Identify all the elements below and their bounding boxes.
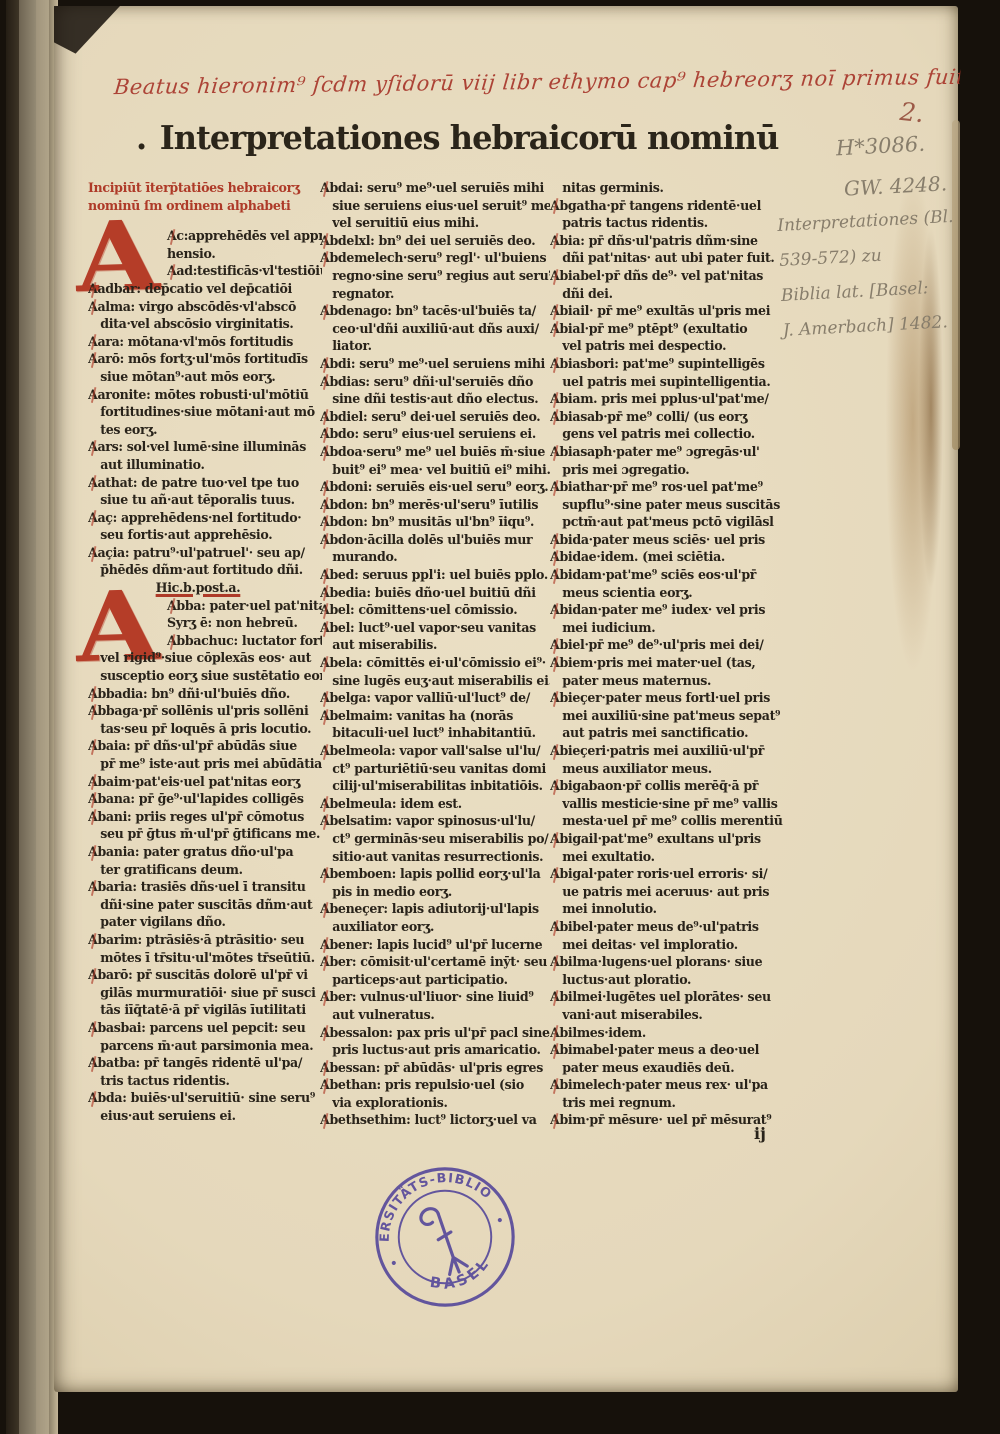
rubricated-capital: A <box>320 708 329 726</box>
text-line: sitio·aut vanitas resurrectionis. <box>320 849 536 867</box>
text-line: Abemboen: lapis pollid eorʒ·ul'la <box>320 866 536 884</box>
text-line: vel patris mei despectio. <box>550 338 772 356</box>
rubricated-capital: A <box>320 479 329 497</box>
text-line: pr̄ me⁹ iste·aut pris mei abūdātia <box>88 756 308 774</box>
text-line: Aber: cōmisit·ul'certamē inȳt· seu <box>320 954 536 972</box>
text-line: Abdoni: seruiēs eis·uel seru⁹ eorʒ. <box>320 479 536 497</box>
rubricated-capital: A <box>320 989 329 1007</box>
text-line: Abelsatim: vapor spinosus·ul'lu/ <box>320 813 536 831</box>
text-line: Abdias: seru⁹ dñi·ul'seruiēs dño <box>320 374 536 392</box>
text-line: Abieçeri·patris mei auxiliū·ul'pr̄ <box>550 743 772 761</box>
text-line: eius·aut seruiens ei. <box>88 1108 308 1126</box>
rubricated-capital: A <box>550 321 559 339</box>
rubricated-capital: A <box>88 879 97 897</box>
text-line: Abarō: pr̄ suscitās dolorē ul'pr̄ vi <box>88 967 308 985</box>
text-line: tas·seu pr̄ loquēs ā pris locutio. <box>88 721 308 739</box>
text-line: Abim·pr̄ mēsure· uel pr̄ mēsurat⁹ <box>550 1112 772 1130</box>
text-line: Abana: pr̄ ḡe⁹·ul'lapides colligēs <box>88 791 308 809</box>
rubricated-capital: A <box>550 919 559 937</box>
text-line: dñi pat'nitas· aut ubi pater fuit. <box>550 250 772 268</box>
text-line: Abdon: bn⁹ musitās ul'bn⁹ īiqu⁹. <box>320 514 536 532</box>
text-line: Abidan·pater me⁹ iudex· vel pris <box>550 602 772 620</box>
text-column-1: Incipiūt īterp̄tatiōes hebraicorʒnominū … <box>88 180 322 1145</box>
text-line: Abibel·pater meus de⁹·ul'patris <box>550 919 772 937</box>
rubricated-capital: A <box>320 813 329 831</box>
rubricated-capital: A <box>550 989 559 1007</box>
text-line: Abel: cōmittens·uel cōmissio. <box>320 602 536 620</box>
book-page: Beatus hieronim⁹ ſcdm yſidorū viij libr … <box>54 6 958 1392</box>
text-line: Abel: luct⁹·uel vapor·seu vanitas <box>320 620 536 638</box>
text-line: Abilmes·idem. <box>550 1025 772 1043</box>
rubric-line: nominū ſm ordinem alphabeti <box>88 198 308 216</box>
text-line: Abieçer·pater meus fortl·uel pris <box>550 690 772 708</box>
rubricated-capital: A <box>88 334 97 352</box>
text-line: tris mei regnum. <box>550 1095 772 1113</box>
text-line: Abdon·ācilla dolēs ul'buiēs mur <box>320 532 536 550</box>
text-line: ceo·ul'dñi auxiliū·aut dñs auxi/ <box>320 321 536 339</box>
text-line: Abela: cōmittēs ei·ul'cōmissio ei⁹· <box>320 655 536 673</box>
text-line: siue mōtan⁹·aut mōs eorʒ. <box>88 369 308 387</box>
text-line: Abarim: ptrāsiēs·ā ptrāsitio· seu <box>88 932 308 950</box>
rubricated-capital: A <box>320 602 329 620</box>
rubricated-capital: A <box>320 497 329 515</box>
rubricated-capital: A <box>550 1112 559 1130</box>
text-line: mei innolutio. <box>550 901 772 919</box>
text-line: Abial·pr̄ me⁹ ptēpt⁹ (exultatio <box>550 321 772 339</box>
text-line: Abimabel·pater meus a deo·uel <box>550 1042 772 1060</box>
catalog-annotation: GW. 4248. <box>843 171 947 200</box>
text-line: Abiam. pris mei pplus·ul'pat'me/ <box>550 391 772 409</box>
text-line: Abigail·pat'me⁹ exultans ul'pris <box>550 831 772 849</box>
svg-text:UNIVERSITÄTS-BIBLIOTHEK: UNIVERSITÄTS-BIBLIOTHEK <box>350 1142 498 1253</box>
text-line: via explorationis. <box>320 1095 536 1113</box>
text-line: Abdoa·seru⁹ me⁹ uel buiēs m̄·siue <box>320 444 536 462</box>
text-line: sine dñi testis·aut dño electus. <box>320 391 536 409</box>
rubricated-capital: A <box>550 954 559 972</box>
text-line: ue patris mei aceruus· aut pris <box>550 884 772 902</box>
text-line: Abiabel·pr̄ dñs de⁹· vel pat'nitas <box>550 268 772 286</box>
text-line: meus scientia eorʒ. <box>550 585 772 603</box>
text-line: p̄hēdēs dñm·aut fortitudo dñi. <box>88 562 308 580</box>
text-line: pis in medio eorʒ. <box>320 884 536 902</box>
text-line: buit⁹ ei⁹ mea· vel buitiū ei⁹ mihi. <box>320 462 536 480</box>
text-line: ct⁹ germinās·seu miserabilis po/ <box>320 831 536 849</box>
text-line: mei iudicium. <box>550 620 772 638</box>
text-column-3: nitas germinis.Abgatha·pr̄ tangens riden… <box>550 180 786 1145</box>
text-line: bitaculi·uel luct⁹ inhabitantiū. <box>320 725 536 743</box>
text-line: hensio. <box>88 246 308 264</box>
text-line: aut patris mei sanctificatio. <box>550 725 772 743</box>
rubricated-capital: A <box>550 532 559 550</box>
text-line: fortitudines·siue mōtani·aut mō <box>88 404 308 422</box>
text-line: Abba: pater·uel pat'nitas, <box>88 598 308 616</box>
text-line: Aadbar: dep̄catio vel dep̄catiōi <box>88 281 308 299</box>
rubricated-capital: A <box>320 1025 329 1043</box>
rubricated-capital: A <box>88 686 97 704</box>
rubricated-capital: A <box>320 1060 329 1078</box>
rubricated-capital: A <box>550 444 559 462</box>
rubricated-capital: A <box>320 866 329 884</box>
rubricated-capital: A <box>550 778 559 796</box>
text-line: uel patris mei supintelligentia. <box>550 374 772 392</box>
text-line: mei exultatio. <box>550 849 772 867</box>
text-line: liator. <box>320 338 536 356</box>
text-line: Aara: mōtana·vl'mōs fortitudis <box>88 334 308 352</box>
text-line: Abelmeula: idem est. <box>320 796 536 814</box>
text-line: pctm̄·aut pat'meus pctō vigilāsl <box>550 514 772 532</box>
rubricated-capital: A <box>320 303 329 321</box>
text-line: nitas germinis. <box>550 180 772 198</box>
text-line: Abessalon: pax pris ul'pr̄ pacl sine <box>320 1025 536 1043</box>
text-line: pater vigilans dño. <box>88 914 308 932</box>
rubricated-capital: A <box>88 510 97 528</box>
rubricated-capital: A <box>88 1055 97 1073</box>
title-text: Interpretationes hebraicorū nominū <box>160 118 779 157</box>
rubricated-capital: A <box>550 391 559 409</box>
text-line: pris luctus·aut pris amaricatio. <box>320 1042 536 1060</box>
text-line: sine lugēs euʒ·aut miserabilis ei. <box>320 673 536 691</box>
text-line: supflu⁹·sine pater meus suscitās <box>550 497 772 515</box>
rubricated-capital: A <box>88 809 97 827</box>
rubricated-capital: A <box>550 479 559 497</box>
text-line: Abbaga·pr̄ sollēnis ul'pris sollēni <box>88 703 308 721</box>
text-line: Abasbai: parcens uel pepcit: seu <box>88 1020 308 1038</box>
rubric-line: Incipiūt īterp̄tatiōes hebraicorʒ <box>88 180 308 198</box>
text-line: mei auxiliū·sine pat'meus sepat⁹ <box>550 708 772 726</box>
text-line: gilās murmuratiōi· siue pr̄ susci <box>88 985 308 1003</box>
text-line: Abilmei·lugētes uel plorātes· seu <box>550 989 772 1007</box>
rubricated-capital: A <box>88 1090 97 1108</box>
rubricated-capital: A <box>320 743 329 761</box>
text-line: Abiasaph·pater me⁹ ɔgregās·ul' <box>550 444 772 462</box>
rubricated-capital: A <box>320 690 329 708</box>
text-line: Abdelxl: bn⁹ dei uel seruiēs deo. <box>320 233 536 251</box>
text-line: gens vel patris mei collectio. <box>550 426 772 444</box>
text-line: Abdon: bn⁹ merēs·ul'seru⁹ īutilis <box>320 497 536 515</box>
rubricated-capital: A <box>88 703 97 721</box>
rubricated-capital: A <box>550 602 559 620</box>
text-line: Abiail· pr̄ me⁹ exultās ul'pris mei <box>550 303 772 321</box>
rubricated-capital: A <box>550 637 559 655</box>
text-line: mesta·uel pr̄ me⁹ collis merentiū <box>550 813 772 831</box>
text-line: aut vulneratus. <box>320 1007 536 1025</box>
text-line: cilij·ul'miserabilitas inbitatiōis. <box>320 778 536 796</box>
text-line: susceptio eorʒ siue sustētatio eorʒ. <box>88 668 308 686</box>
text-line: vel rigid⁹·siue cōplexās eos· aut <box>88 650 308 668</box>
folio-number: 2. <box>899 97 926 128</box>
rubricated-capital: A <box>320 954 329 972</box>
text-line: Aaronite: mōtes robusti·ul'mōtiū <box>88 387 308 405</box>
rubricated-capital: A <box>550 866 559 884</box>
text-line: Abgatha·pr̄ tangens ridentē·uel <box>550 198 772 216</box>
quire-signature: ij <box>754 1124 766 1143</box>
rubricated-capital: A <box>550 690 559 708</box>
rubricated-capital: A <box>320 532 329 550</box>
text-line: Abda: buiēs·ul'seruitiū· sine seru⁹ <box>88 1090 308 1108</box>
rubricated-capital: A <box>88 738 97 756</box>
rubricated-capital: A <box>550 233 559 251</box>
text-line: Abaia: pr̄ dñs·ul'pr̄ abūdās siue <box>88 738 308 756</box>
rubricated-capital: A <box>320 514 329 532</box>
rubricated-capital: A <box>320 567 329 585</box>
rubricated-capital: A <box>320 585 329 603</box>
text-line: dita·vel abscōsio virginitatis. <box>88 316 308 334</box>
rubricated-capital: A <box>88 967 97 985</box>
text-line: Abbachuc: luctator fort/ <box>88 633 308 651</box>
text-line: vani·aut miserabiles. <box>550 1007 772 1025</box>
text-line: Abiathar·pr̄ me⁹ ros·uel pat'me⁹ <box>550 479 772 497</box>
rubricated-capital: A <box>88 387 97 405</box>
text-line: luctus·aut ploratio. <box>550 972 772 990</box>
title-dot: . <box>136 118 146 157</box>
text-line: ct⁹ parturiētiū·seu vanitas domi <box>320 761 536 779</box>
text-line: Abania: pater gratus dño·ul'pa <box>88 844 308 862</box>
rubricated-capital: A <box>167 598 176 616</box>
text-line: Aathat: de patre tuo·vel tpe tuo <box>88 475 308 493</box>
text-line: Abedia: buiēs dño·uel buitiū dñi <box>320 585 536 603</box>
text-line: aut miserabilis. <box>320 637 536 655</box>
text-line: murando. <box>320 549 536 567</box>
text-line: Abiasbori: pat'me⁹ supintelligēs <box>550 356 772 374</box>
text-line: Aalma: virgo abscōdēs·vl'abscō <box>88 299 308 317</box>
text-line: Abdai: seru⁹ me⁹·uel seruiēs mihi <box>320 180 536 198</box>
book-binding-edge <box>6 0 19 1434</box>
text-line: Abaria: trasiēs dñs·uel ī transitu <box>88 879 308 897</box>
rubricated-capital: A <box>167 263 176 281</box>
text-line: Abidam·pat'me⁹ sciēs eos·ul'pr̄ <box>550 567 772 585</box>
text-line: Abener: lapis lucid⁹ ul'pr̄ lucerne <box>320 937 536 955</box>
text-column-2: Abdai: seru⁹ me⁹·uel seruiēs mihisiue se… <box>320 180 550 1145</box>
text-line: pater meus maternus. <box>550 673 772 691</box>
page-edge-highlight <box>952 120 960 450</box>
basel-crozier-emblem <box>418 1203 468 1277</box>
rubricated-capital: A <box>167 633 176 651</box>
rubricated-capital: A <box>320 233 329 251</box>
text-line: dñi·sine pater suscitās dñm·aut <box>88 897 308 915</box>
text-line: Abbadia: bn⁹ dñi·ul'buiēs dño. <box>88 686 308 704</box>
text-line: tris tactus ridentis. <box>88 1073 308 1091</box>
text-line: seu pr̄ ḡtus m̄·ul'pr̄ ḡtificans me. <box>88 826 308 844</box>
rubricated-capital: A <box>88 299 97 317</box>
text-line: Abed: seruus ppl'i: uel buiēs pplo. <box>320 567 536 585</box>
text-line: Abdenago: bn⁹ tacēs·ul'buiēs ta/ <box>320 303 536 321</box>
text-line: Aber: vulnus·ul'liuor· sine liuid⁹ <box>320 989 536 1007</box>
text-line: aut illuminatio. <box>88 457 308 475</box>
text-line: pater meus exaudiēs deū. <box>550 1060 772 1078</box>
rubricated-capital: A <box>550 409 559 427</box>
text-line: Abimelech·pater meus rex· ul'pa <box>550 1077 772 1095</box>
rubricated-capital: A <box>320 796 329 814</box>
text-line: Abidae·idem. (mei sciētia. <box>550 549 772 567</box>
rubricated-capital: A <box>320 1077 329 1095</box>
text-line: Aars: sol·vel lumē·sine illuminās <box>88 439 308 457</box>
rubricated-capital: A <box>320 356 329 374</box>
text-line: seu fortis·aut apprehēsio. <box>88 527 308 545</box>
text-line: Abdi: seru⁹ me⁹·uel seruiens mihi <box>320 356 536 374</box>
rubricated-capital: A <box>320 374 329 392</box>
rubricated-capital: A <box>88 791 97 809</box>
text-line: Abelga: vapor valliū·ul'luct⁹ de/ <box>320 690 536 708</box>
rubricated-capital: A <box>88 439 97 457</box>
text-line: Abelmaim: vanitas ha (norās <box>320 708 536 726</box>
text-line: particeps·aut participatio. <box>320 972 536 990</box>
text-line: patris tactus ridentis. <box>550 215 772 233</box>
page-title: .Interpretationes hebraicorū nominū <box>136 118 815 157</box>
text-line: Abilma·lugens·uel plorans· siue <box>550 954 772 972</box>
text-line: vallis mesticie·sine pr̄ me⁹ vallis <box>550 796 772 814</box>
rubricated-capital: A <box>88 475 97 493</box>
text-line: Abatba: pr̄ tangēs ridentē ul'pa/ <box>88 1055 308 1073</box>
text-line: tās iīq̄tatē·ā pr̄ vigilās īutilitati <box>88 1002 308 1020</box>
text-line: Abigal·pater roris·uel erroris· si/ <box>550 866 772 884</box>
shelfmark-annotation: H*3086. <box>835 132 925 161</box>
text-line: Abessan: pr̄ abūdās· ul'pris egres <box>320 1060 536 1078</box>
rubricated-capital: A <box>88 281 97 299</box>
text-line: auxiliator eorʒ. <box>320 919 536 937</box>
text-line: siue tu añ·aut tēporalis tuus. <box>88 492 308 510</box>
rubricated-capital: A <box>550 743 559 761</box>
rubricated-capital: A <box>88 844 97 862</box>
text-line: ter gratificans deum. <box>88 862 308 880</box>
rubricated-capital: A <box>320 620 329 638</box>
text-line: meus auxiliator meus. <box>550 761 772 779</box>
rubricated-capital: A <box>88 545 97 563</box>
rubricated-capital: A <box>550 1025 559 1043</box>
manuscript-annotation: Beatus hieronim⁹ ſcdm yſidorū viij libr … <box>113 65 961 99</box>
rubricated-capital: A <box>320 409 329 427</box>
rubricated-capital: A <box>320 901 329 919</box>
text-line: mei deitas· vel imploratio. <box>550 937 772 955</box>
rubricated-capital: A <box>550 1077 559 1095</box>
rubricated-capital: A <box>320 937 329 955</box>
bibliographic-note: Interpretationes (Bl. 539-572) zu Biblia… <box>776 199 973 349</box>
rubricated-capital: A <box>550 655 559 673</box>
text-line: Abigabaon·pr̄ collis merēq̄·ā pr̄ <box>550 778 772 796</box>
text-line: Abiasab·pr̄ me⁹ colli/ (us eorʒ <box>550 409 772 427</box>
text-line: Aaçia: patru⁹·ul'patruel'· seu ap/ <box>88 545 308 563</box>
text-line: Abani: priis reges ul'pr̄ cōmotus <box>88 809 308 827</box>
rubricated-capital: A <box>167 228 176 246</box>
text-line: regno·sine seru⁹ regius aut seru⁹ <box>320 268 536 286</box>
rubricated-capital: A <box>88 1020 97 1038</box>
rubricated-capital: A <box>550 567 559 585</box>
rubricated-capital: A <box>320 444 329 462</box>
rubricated-capital: A <box>88 774 97 792</box>
text-line: Abaim·pat'eis·uel pat'nitas eorʒ <box>88 774 308 792</box>
text-line: Abiel·pr̄ me⁹ de⁹·ul'pris mei dei/ <box>550 637 772 655</box>
rubricated-capital: A <box>320 180 329 198</box>
page-block-edge <box>36 0 49 1434</box>
text-line: siue seruiens eius·uel seruit⁹ mea <box>320 198 536 216</box>
text-line: Abeneçer: lapis adiutorij·ul'lapis <box>320 901 536 919</box>
rubricated-capital: A <box>550 268 559 286</box>
text-line: Ac:apprehēdēs vel appre <box>88 228 308 246</box>
rubricated-capital: A <box>550 1042 559 1060</box>
rubricated-capital: A <box>550 303 559 321</box>
text-line: Aarō: mōs fortʒ·ul'mōs fortitudīs <box>88 351 308 369</box>
text-line: Abdo: seru⁹ eius·uel seruiens ei. <box>320 426 536 444</box>
text-line: Abethan: pris repulsio·uel (sio <box>320 1077 536 1095</box>
text-line: mōtes ī tr̄situ·ul'mōtes tr̄seūtiū. <box>88 950 308 968</box>
text-line: regnator. <box>320 286 536 304</box>
rubricated-capital: A <box>550 831 559 849</box>
rubricated-capital: A <box>550 198 559 216</box>
rubricated-capital: A <box>320 426 329 444</box>
text-line: Abia: pr̄ dñs·ul'patris dñm·sine <box>550 233 772 251</box>
text-line: vel seruitiū eius mihi. <box>320 215 536 233</box>
text-line: pris mei ɔgregatio. <box>550 462 772 480</box>
text-line: Abdiel: seru⁹ dei·uel seruiēs deo. <box>320 409 536 427</box>
text-line: Aad:testificās·vl'testiōiū <box>88 263 308 281</box>
rubricated-capital: A <box>550 549 559 567</box>
section-marker-line: Hic.b.post.a. <box>88 580 308 598</box>
text-line: Abida·pater meus sciēs· uel pris <box>550 532 772 550</box>
text-line: Abethsethim: luct⁹ lictorʒ·uel va <box>320 1112 536 1130</box>
text-line: Abelmeola: vapor vall'salse ul'lu/ <box>320 743 536 761</box>
library-stamp: UNIVERSITÄTS-BIBLIOTHEK BASEL <box>350 1142 540 1332</box>
text-line: Aaç: apprehēdens·nel fortitudo· <box>88 510 308 528</box>
text-line: dñi dei. <box>550 286 772 304</box>
text-line: parcens m̄·aut parsimonia mea. <box>88 1038 308 1056</box>
rubricated-capital: A <box>320 250 329 268</box>
rubricated-capital: A <box>550 356 559 374</box>
text-line: Syrʒ ē: non hebreū. <box>88 615 308 633</box>
page-block-edge <box>19 0 36 1434</box>
text-line: Abdemelech·seru⁹ regl'· ul'buiens <box>320 250 536 268</box>
stamp-top-text: UNIVERSITÄTS-BIBLIOTHEK <box>350 1142 498 1253</box>
rubricated-capital: A <box>320 1112 329 1130</box>
rubricated-capital: A <box>320 655 329 673</box>
rubricated-capital: A <box>88 932 97 950</box>
rubricated-capital: A <box>88 351 97 369</box>
text-line: Abiem·pris mei mater·uel (tas, <box>550 655 772 673</box>
text-line: tes eorʒ. <box>88 422 308 440</box>
